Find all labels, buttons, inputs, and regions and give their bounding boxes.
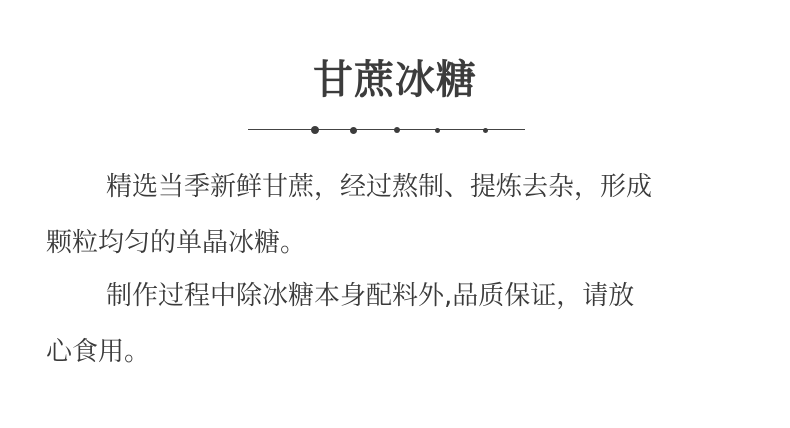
description-paragraph-2: 制作过程中除冰糖本身配料外,品质保证，请放 心食用。	[46, 268, 726, 380]
page-title: 甘蔗冰糖	[0, 52, 790, 108]
paragraph-text: 精选当季新鲜甘蔗，经过熬制、提炼去杂，形成	[106, 172, 652, 202]
divider-dot-icon	[435, 128, 440, 133]
divider-dot-icon	[311, 126, 319, 134]
divider-dot-icon	[350, 127, 357, 134]
paragraph-line: 制作过程中除冰糖本身配料外,品质保证，请放	[46, 268, 726, 324]
paragraph-text: 心食用。	[46, 337, 150, 367]
divider-dot-icon	[483, 128, 488, 133]
paragraph-text: 制作过程中除冰糖本身配料外,品质保证，请放	[106, 281, 634, 311]
paragraph-line: 精选当季新鲜甘蔗，经过熬制、提炼去杂，形成	[46, 159, 726, 215]
description-paragraph-1: 精选当季新鲜甘蔗，经过熬制、提炼去杂，形成 颗粒均匀的单晶冰糖。	[46, 159, 726, 271]
paragraph-line: 心食用。	[46, 324, 726, 380]
divider-dot-icon	[394, 127, 400, 133]
paragraph-text: 颗粒均匀的单晶冰糖。	[46, 228, 306, 258]
paragraph-line: 颗粒均匀的单晶冰糖。	[46, 215, 726, 271]
